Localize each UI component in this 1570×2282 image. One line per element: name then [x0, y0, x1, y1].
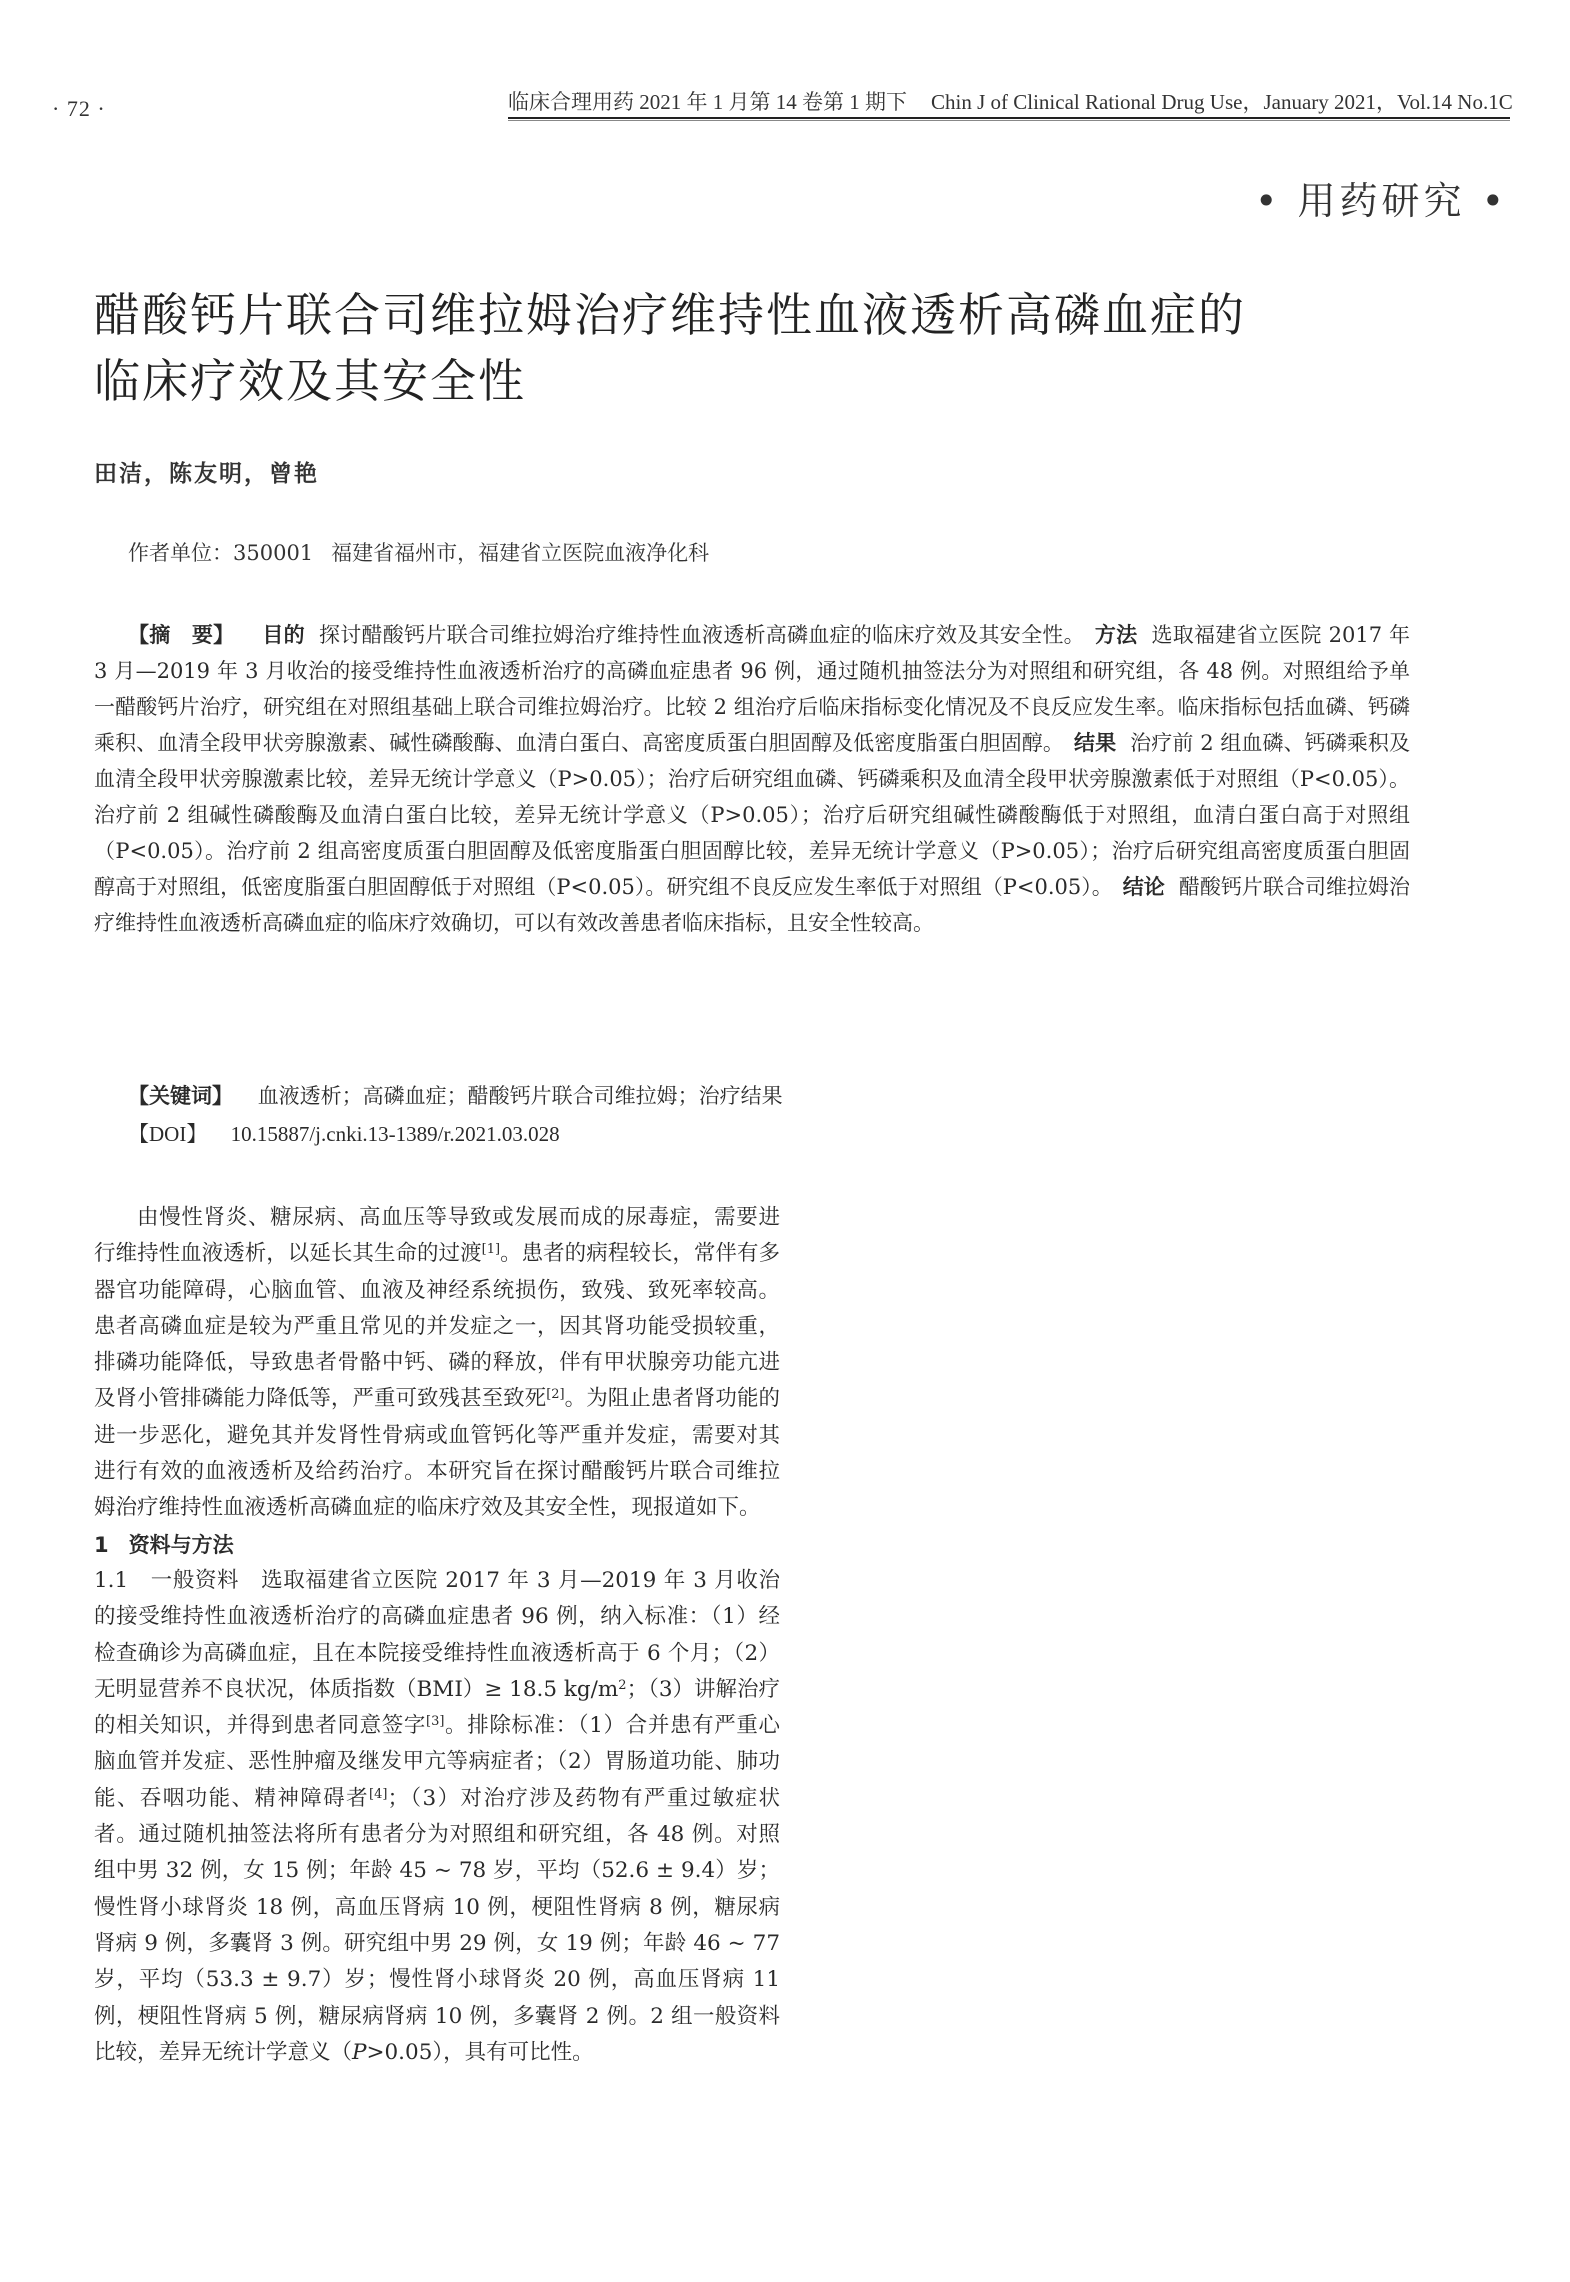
- keywords-tag: 【关键词】: [128, 1083, 233, 1108]
- subsection-1-1-number: 1.1: [94, 1568, 128, 1593]
- title-line-1: 醋酸钙片联合司维拉姆治疗维持性血液透析高磷血症的: [94, 288, 1246, 342]
- page-number: · 72 ·: [52, 96, 106, 122]
- intro-paragraph: 由慢性肾炎、糖尿病、高血压等导致或发展而成的尿毒症，需要进行维持性血液透析，以延…: [94, 1200, 780, 1527]
- doi-value[interactable]: 10.15887/j.cnki.13-1389/r.2021.03.028: [231, 1122, 560, 1146]
- objective-text: 探讨醋酸钙片联合司维拉姆治疗维持性血液透析高磷血症的临床疗效及其安全性。: [319, 623, 1085, 647]
- subsection-1-1: 1.1一般资料选取福建省立医院 2017 年 3 月—2019 年 3 月收治的…: [94, 1563, 780, 2071]
- section-1-number: 1: [94, 1533, 109, 1557]
- doi: 【DOI】 10.15887/j.cnki.13-1389/r.2021.03.…: [128, 1118, 560, 1148]
- results-text: 治疗前 2 组血磷、钙磷乘积及血清全段甲状旁腺激素比较，差异无统计学意义（P>0…: [94, 731, 1410, 899]
- citation-1[interactable]: [1]: [482, 1242, 500, 1257]
- journal-title-en: Chin J of Clinical Rational Drug Use，Jan…: [931, 86, 1513, 116]
- section-label: • 用药研究 •: [1255, 170, 1508, 225]
- section-1-title: 资料与方法: [129, 1533, 234, 1557]
- objective-label: 目的: [262, 622, 305, 647]
- affiliation-label: 作者单位：350001: [128, 537, 313, 567]
- superscript-2: 2: [618, 1678, 626, 1693]
- authors: 田洁，陈友明，曾艳: [94, 455, 319, 488]
- body-column-left: 由慢性肾炎、糖尿病、高血压等导致或发展而成的尿毒症，需要进行维持性血液透析，以延…: [94, 1200, 780, 2071]
- citation-3[interactable]: [3]: [426, 1714, 444, 1729]
- running-header: 临床合理用药 2021 年 1 月第 14 卷第 1 期下 Chin J of …: [508, 86, 1510, 130]
- affiliation: 作者单位：350001 福建省福州市，福建省立医院血液净化科: [128, 537, 709, 567]
- subsection-1-1-text-d: ；（3）对治疗涉及药物有严重过敏症状者。通过随机抽签法将所有患者分为对照组和研究…: [94, 1786, 780, 2065]
- keywords: 【关键词】 血液透析；高磷血症；醋酸钙片联合司维拉姆；治疗结果: [128, 1080, 783, 1110]
- article-title: 醋酸钙片联合司维拉姆治疗维持性血液透析高磷血症的 临床疗效及其安全性: [94, 282, 1494, 414]
- keywords-text: 血液透析；高磷血症；醋酸钙片联合司维拉姆；治疗结果: [258, 1084, 783, 1108]
- conclusion-label: 结论: [1123, 874, 1165, 899]
- doi-tag: 【DOI】: [128, 1122, 207, 1146]
- title-line-2: 临床疗效及其安全性: [94, 354, 526, 408]
- header-rule: [508, 117, 1510, 121]
- journal-title-cn: 临床合理用药 2021 年 1 月第 14 卷第 1 期下: [508, 86, 907, 116]
- subsection-1-1-text-e: >0.05），具有可比性。: [366, 2040, 593, 2065]
- abstract-tag: 【摘 要】: [128, 622, 234, 647]
- citation-4[interactable]: [4]: [369, 1787, 387, 1802]
- abstract: 【摘 要】目的探讨醋酸钙片联合司维拉姆治疗维持性血液透析高磷血症的临床疗效及其安…: [94, 617, 1410, 941]
- citation-2[interactable]: [2]: [546, 1387, 564, 1402]
- subsection-1-1-title: 一般资料: [150, 1568, 239, 1593]
- affiliation-text: 福建省福州市，福建省立医院血液净化科: [331, 537, 709, 567]
- results-label: 结果: [1074, 730, 1116, 755]
- section-heading-1: 1资料与方法: [94, 1527, 780, 1563]
- methods-label: 方法: [1095, 622, 1138, 647]
- p-symbol: P: [352, 2040, 366, 2065]
